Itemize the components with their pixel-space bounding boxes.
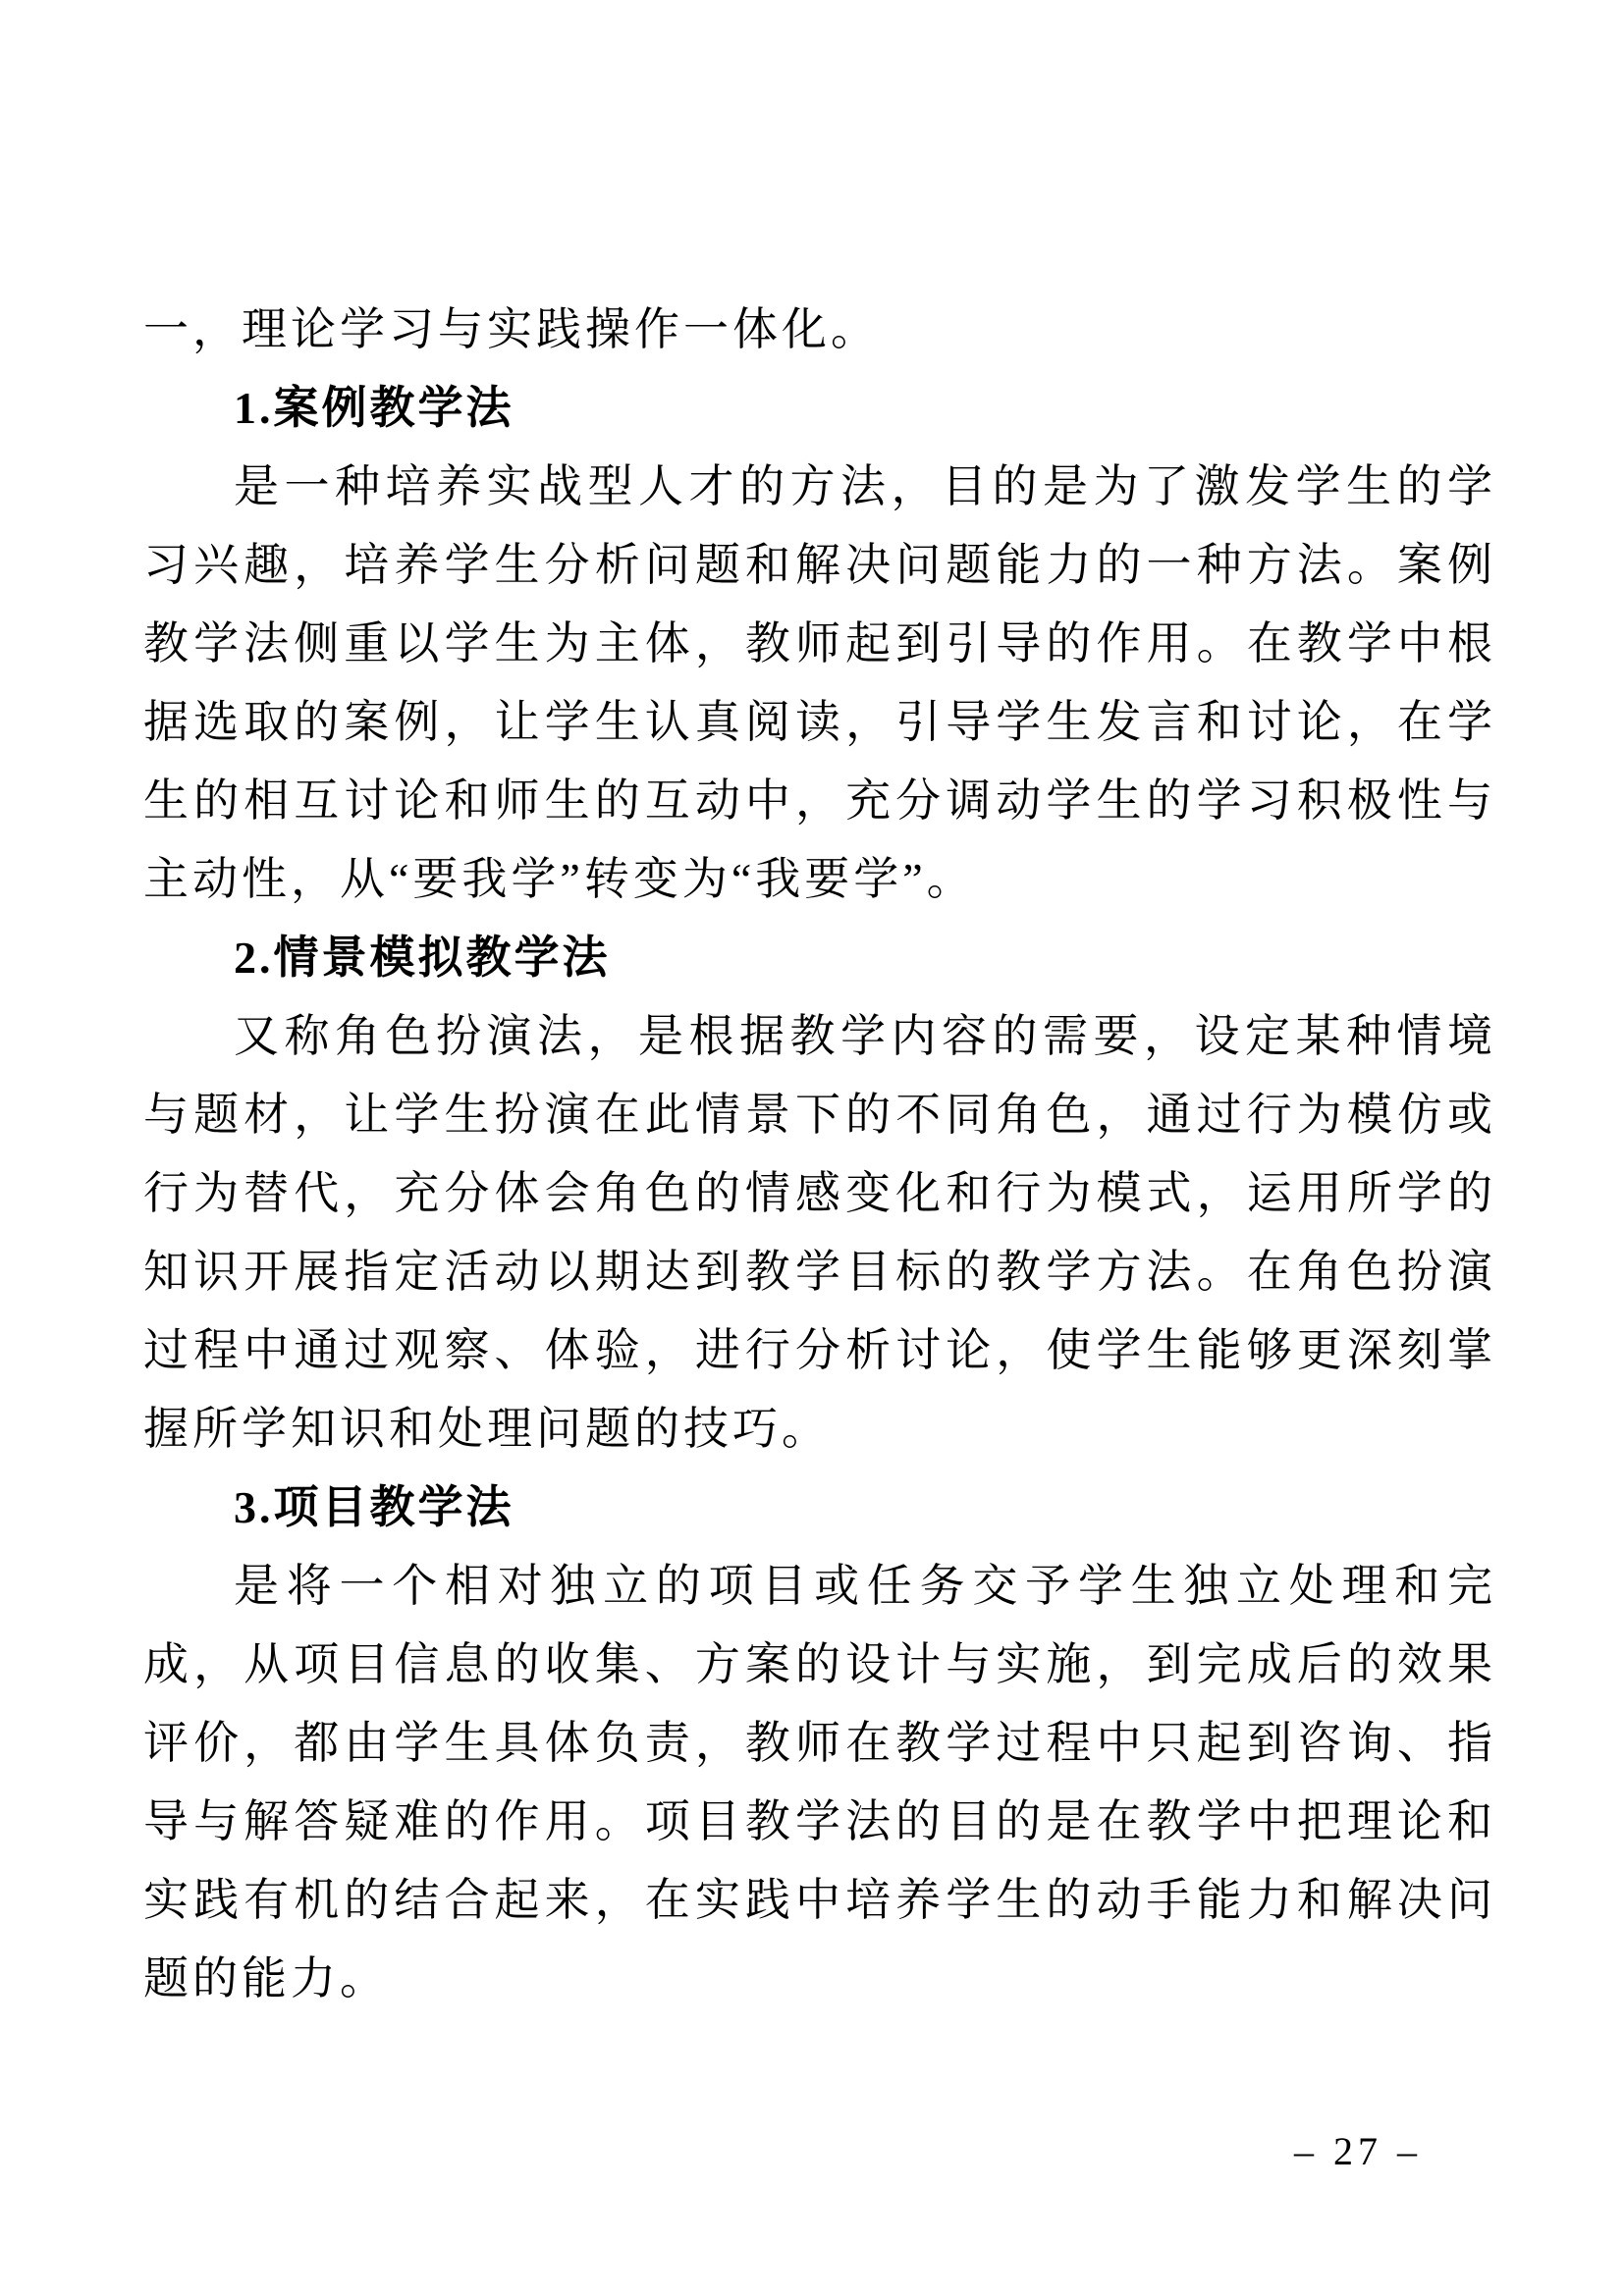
section-body-case-teaching: 是一种培养实战型人才的方法，目的是为了激发学生的学习兴趣，培养学生分析问题和解决… <box>143 448 1496 919</box>
section-heading-case-teaching: 1.案例教学法 <box>143 369 1496 448</box>
document-page: 一，理论学习与实践操作一体化。 1.案例教学法 是一种培养实战型人才的方法，目的… <box>0 0 1624 2296</box>
section-heading-project-teaching: 3.项目教学法 <box>143 1468 1496 1547</box>
text-block: 一，理论学习与实践操作一体化。 1.案例教学法 是一种培养实战型人才的方法，目的… <box>143 291 1496 2018</box>
section-body-project-teaching: 是将一个相对独立的项目或任务交予学生独立处理和完成，从项目信息的收集、方案的设计… <box>143 1547 1496 2018</box>
page-number: – 27 – <box>1294 2128 1422 2174</box>
intro-line: 一，理论学习与实践操作一体化。 <box>143 291 1496 369</box>
section-heading-scenario-simulation: 2.情景模拟教学法 <box>143 919 1496 997</box>
section-body-scenario-simulation: 又称角色扮演法，是根据教学内容的需要，设定某种情境与题材，让学生扮演在此情景下的… <box>143 997 1496 1468</box>
